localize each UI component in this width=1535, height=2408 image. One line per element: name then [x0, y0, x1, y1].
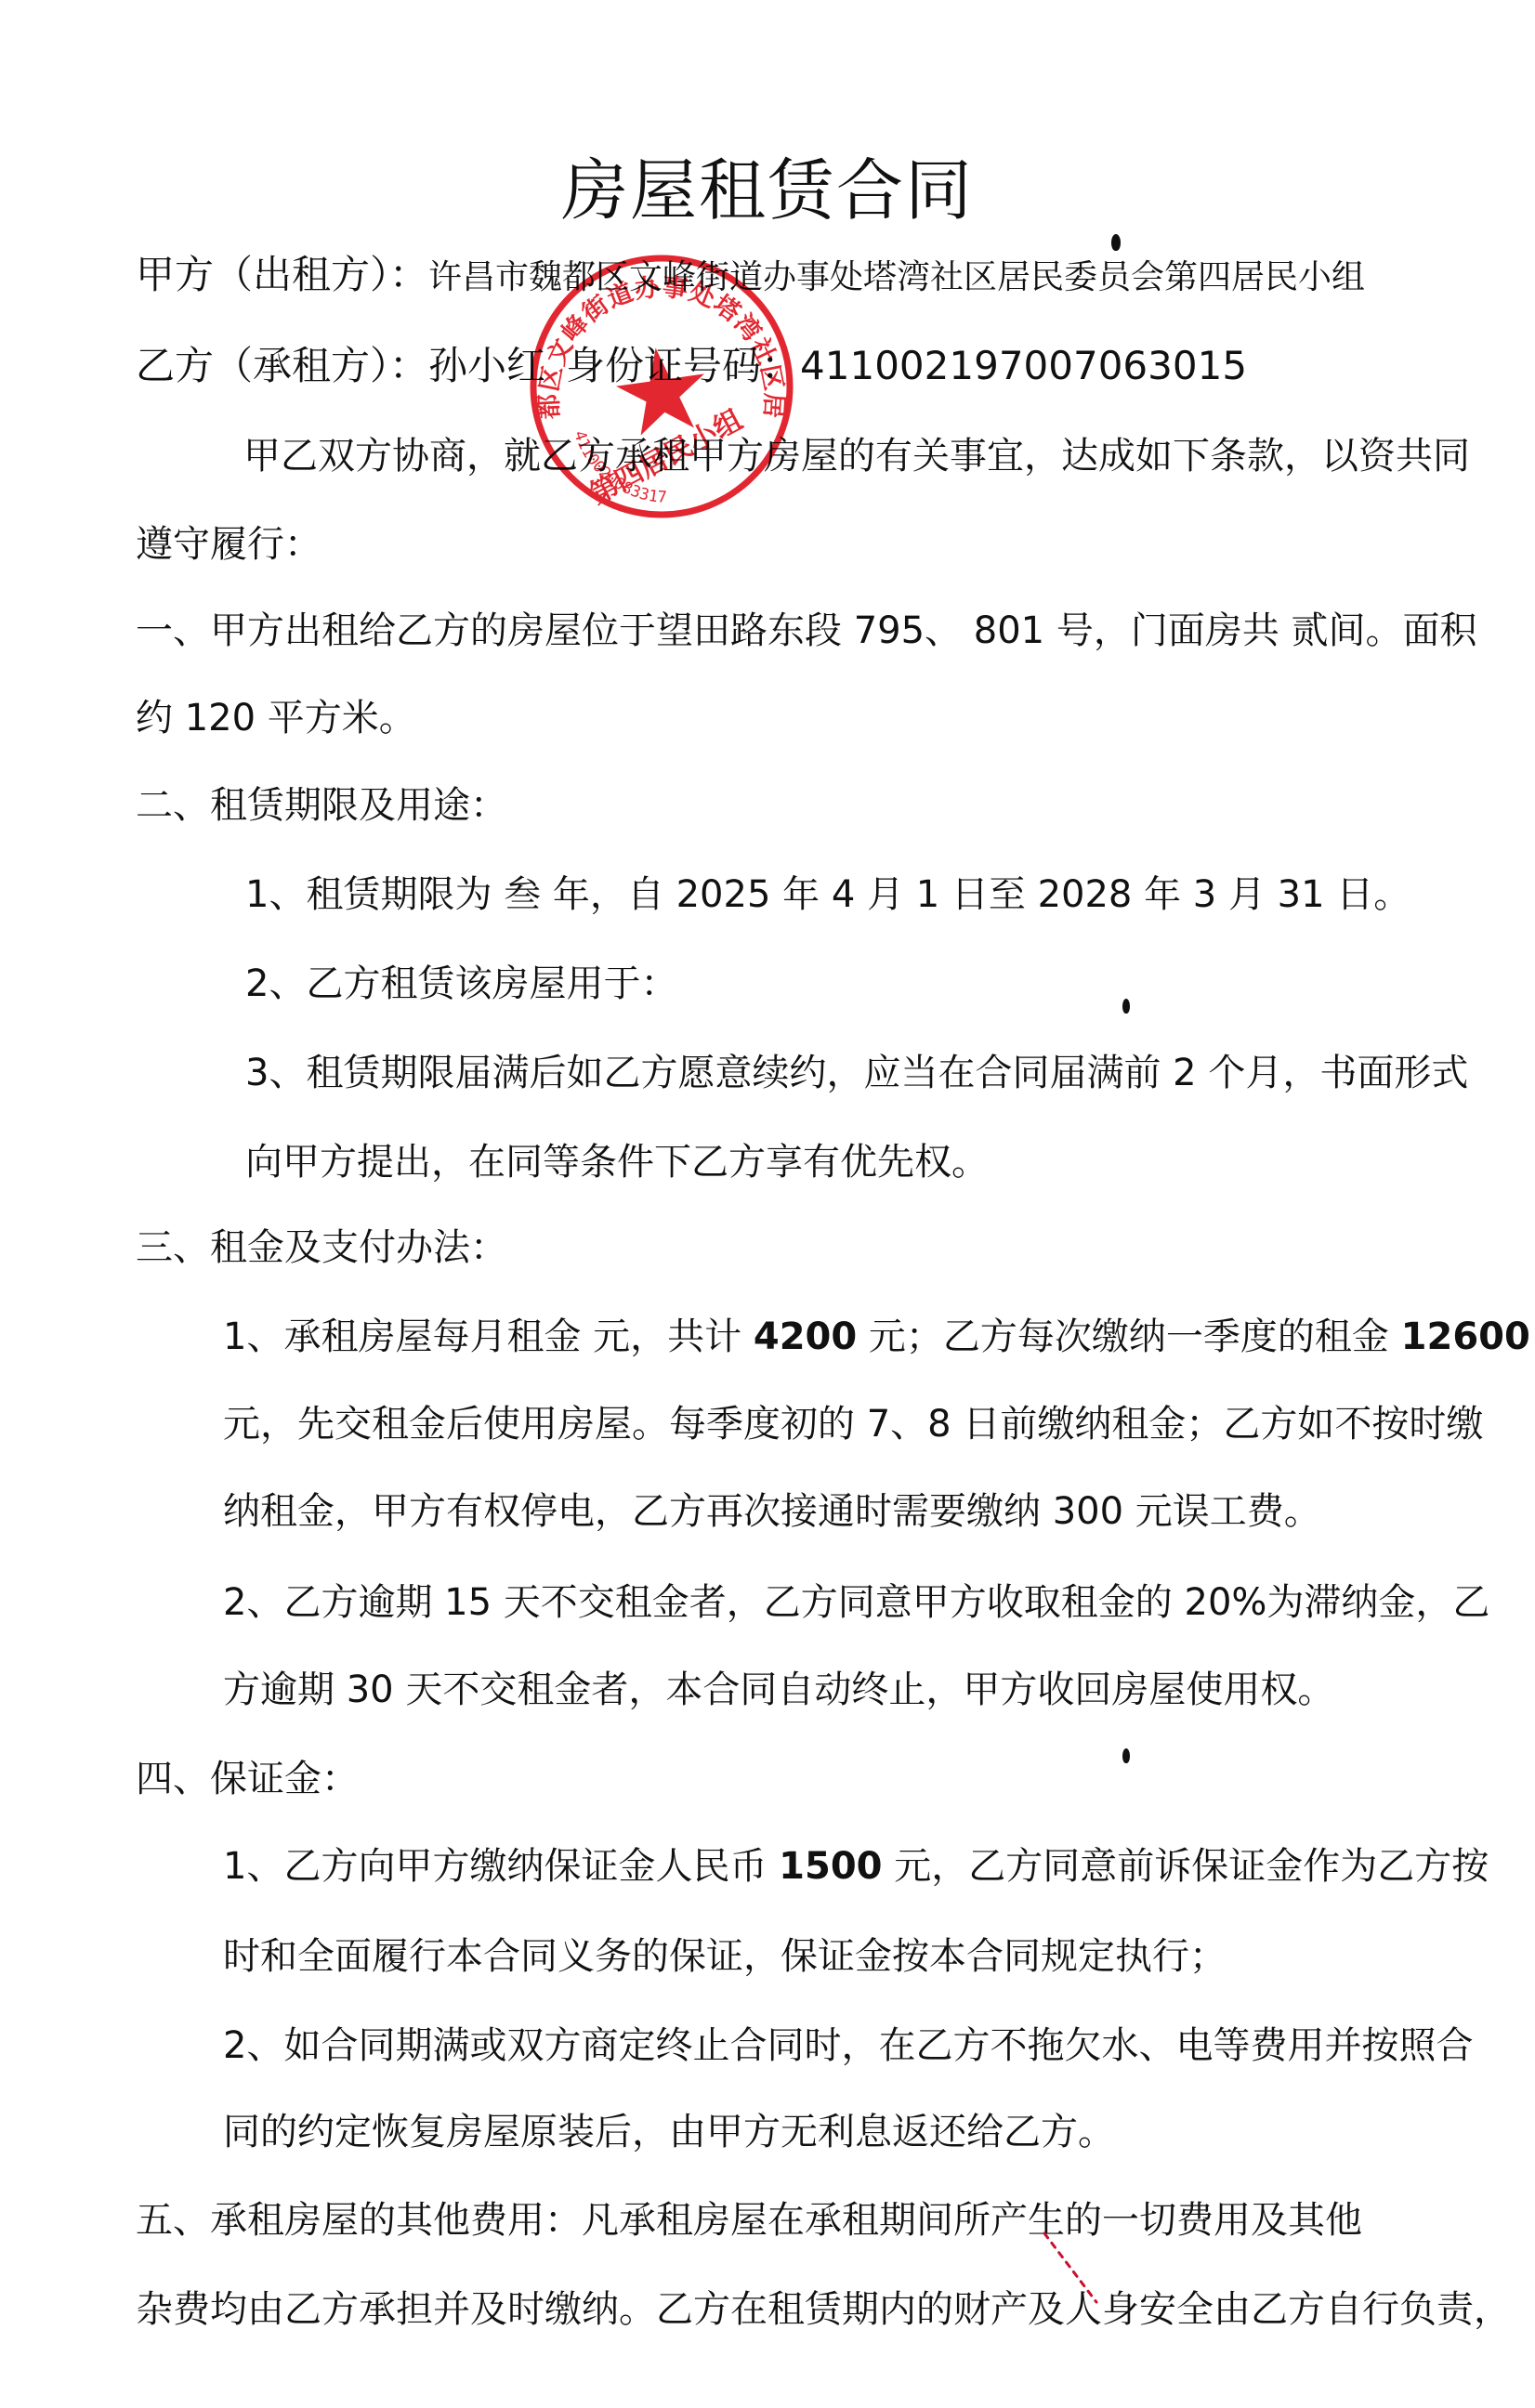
document-title: 房屋租赁合同 [0, 149, 1535, 232]
party-b-label: 乙方（承租方）： [136, 343, 428, 388]
party-b-name: 孙小红 [428, 343, 545, 388]
section-3-item-2-line-1: 2、乙方逾期 15 天不交租金者，乙方同意甲方收取租金的 20%为滞纳金，乙 [223, 1577, 1489, 1629]
deposit-text-b: 元，乙方同意前诉保证金作为乙方按 [883, 1845, 1489, 1888]
section-3-item-2-line-2: 方逾期 30 天不交租金者，本合同自动终止，甲方收回房屋使用权。 [223, 1664, 1334, 1716]
section-3-item-1-line-3: 纳租金，甲方有权停电，乙方再次接通时需要缴纳 300 元误工费。 [223, 1485, 1321, 1538]
section-2-heading: 二、租赁期限及用途： [136, 779, 507, 831]
party-a-line: 甲方（出租方）：许昌市魏都区文峰街道办事处塔湾社区居民委员会第四居民小组 [136, 249, 1365, 304]
rent-total-value: 4200 [754, 1315, 857, 1358]
section-4-heading: 四、保证金： [136, 1753, 359, 1805]
section-1-line-2: 约 120 平方米。 [136, 692, 416, 744]
section-2-item-2: 2、乙方租赁该房屋用于： [245, 958, 677, 1010]
deposit-value: 1500 [779, 1845, 882, 1888]
party-b-id-label: 身份证号码： [566, 343, 800, 388]
party-a-name: 许昌市魏都区文峰街道办事处塔湾社区居民委员会第四居民小组 [428, 258, 1365, 296]
party-b-line: 乙方（承租方）：孙小红身份证号码：411002197007063015 [136, 340, 1247, 392]
deposit-text-a: 1、乙方向甲方缴纳保证金人民币 [223, 1845, 779, 1888]
ink-speck [1122, 999, 1130, 1014]
section-4-item-1-line-1: 1、乙方向甲方缴纳保证金人民币 1500 元，乙方同意前诉保证金作为乙方按 [223, 1840, 1489, 1892]
section-2-item-3-line-1: 3、租赁期限届满后如乙方愿意续约，应当在合同届满前 2 个月，书面形式 [245, 1047, 1468, 1099]
section-2-item-3-line-2: 向甲方提出，在同等条件下乙方享有优先权。 [245, 1136, 989, 1188]
section-2-item-1: 1、租赁期限为 叁 年，自 2025 年 4 月 1 日至 2028 年 3 月… [245, 869, 1410, 921]
rent-quarter-value: 12600 [1401, 1315, 1530, 1358]
contract-page: 房屋租赁合同 甲方（出租方）：许昌市魏都区文峰街道办事处塔湾社区居民委员会第四居… [0, 0, 1535, 2408]
section-3-item-1-line-2: 元，先交租金后使用房屋。每季度初的 7、8 日前缴纳租金；乙方如不按时缴 [223, 1398, 1483, 1450]
ink-speck [1122, 1748, 1130, 1763]
section-3-item-1-line-1: 1、承租房屋每月租金 元，共计 4200 元；乙方每次缴纳一季度的租金 1260… [223, 1311, 1530, 1363]
rent-text-a: 1、承租房屋每月租金 元，共计 [223, 1315, 754, 1358]
party-b-id-number: 411002197007063015 [800, 343, 1247, 388]
party-a-label: 甲方（出租方）： [136, 252, 428, 297]
section-1-line-1: 一、甲方出租给乙方的房屋位于望田路东段 795、 801 号，门面房共 贰间。面… [136, 605, 1477, 657]
intro-line-1: 甲乙双方协商，就乙方承租甲方房屋的有关事宜，达成如下条款，以资共同 [243, 430, 1470, 482]
section-4-item-2-line-1: 2、如合同期满或双方商定终止合同时，在乙方不拖欠水、电等费用并按照合 [223, 2020, 1473, 2072]
section-3-heading: 三、租金及支付办法： [136, 1222, 507, 1274]
section-4-item-1-line-2: 时和全面履行本合同义务的保证，保证金按本合同规定执行； [223, 1930, 1227, 1983]
rent-text-b: 元；乙方每次缴纳一季度的租金 [857, 1315, 1400, 1358]
section-5-line-2: 杂费均由乙方承担并及时缴纳。乙方在租赁期内的财产及人身安全由乙方自行负责， [136, 2284, 1511, 2336]
ink-speck [1111, 234, 1121, 251]
section-5-line-1: 五、承租房屋的其他费用：凡承租房屋在承租期间所产生的一切费用及其他 [136, 2194, 1362, 2246]
intro-line-2: 遵守履行： [136, 518, 321, 570]
section-4-item-2-line-2: 同的约定恢复房屋原装后，由甲方无利息返还给乙方。 [223, 2106, 1115, 2158]
